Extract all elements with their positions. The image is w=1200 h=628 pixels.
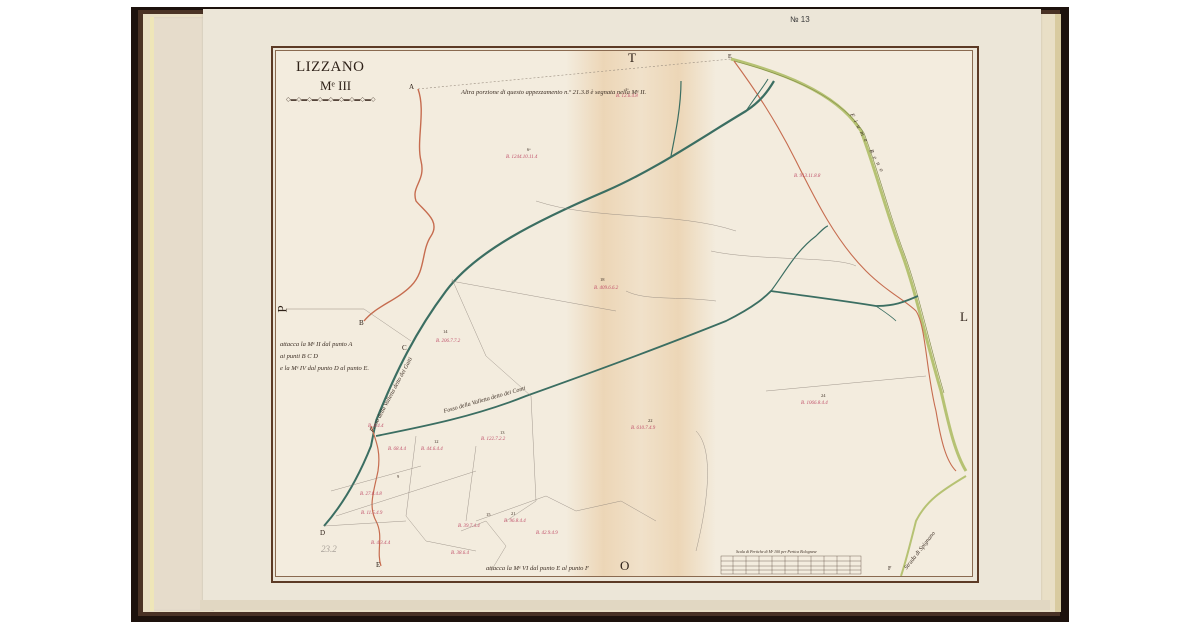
parcel-area: B. 206.7.7.2	[436, 339, 460, 344]
compass-label-left: P	[275, 305, 291, 312]
point-label-d: D	[320, 529, 325, 537]
point-label-f: F	[888, 566, 891, 572]
parcel-number: 15	[486, 512, 491, 517]
parcel-area: B. 42.9.4.9	[536, 531, 558, 536]
parcel-area: B. 96.8.4.4	[504, 519, 526, 524]
parcel-area: B. 122.7.2.2	[481, 437, 505, 442]
parcel-number: 18	[600, 277, 605, 282]
parcel-number: 6ᵒ	[527, 147, 531, 152]
page-number: № 13	[790, 15, 810, 24]
parcel-area: B. 409.6.6.2	[594, 286, 618, 291]
parcel-number: 13	[500, 430, 505, 435]
compass-label-top: T	[628, 50, 636, 66]
parcel-area: B. 44.6.4.4	[421, 447, 443, 452]
parcel-number: 14	[443, 329, 448, 334]
parcel-number: 9	[397, 474, 399, 479]
note-left-line1: attacca la Mᵉ II dal punto A	[280, 341, 352, 348]
parcel-area: B. 4.4.4	[368, 424, 384, 429]
parcel-number: 24	[821, 393, 826, 398]
title-ornament: ◇▬◇▬◇▬◇▬◇▬◇▬◇▬◇▬◇	[286, 96, 376, 103]
parcel-area: B. 27.8.4.8	[360, 492, 382, 497]
pencil-mark: 23.2	[321, 544, 337, 554]
note-left-line2: ai punti B C D	[280, 353, 318, 360]
parcel-area: B. 38.6.4	[451, 551, 469, 556]
point-label-a: A	[409, 83, 414, 91]
parcel-number: 21	[511, 511, 516, 516]
note-left-line3: e la Mᵉ IV dal punto D al punto E.	[280, 365, 369, 372]
map-sheet-number: Mᵉ III	[320, 78, 351, 94]
map-canvas: LIZZANO Mᵉ III ◇▬◇▬◇▬◇▬◇▬◇▬◇▬◇▬◇ T L O P…	[275, 50, 973, 577]
parcel-area: B. 39.7.4.4	[458, 524, 480, 529]
point-label-e: E	[376, 561, 380, 569]
note-bottom: attacca la Mᵉ VI dal punto E al punto F	[486, 565, 589, 572]
parcel-number: 12	[434, 439, 439, 444]
compass-label-bottom: O	[620, 558, 629, 574]
parcel-area: B. 12.6.4.8	[616, 94, 638, 99]
parcel-area: B. 1244.10.11.4	[506, 155, 537, 160]
sheet-bottom-edge	[200, 600, 1050, 610]
parcel-number: 22	[648, 418, 653, 423]
parcel-area: B. 610.7.4.9	[631, 426, 655, 431]
point-label-c: C	[402, 344, 407, 352]
point-label-b: B	[359, 319, 364, 327]
parcel-area: B. 4.3.4.4	[371, 541, 390, 546]
parcel-number: 1ᵒ	[625, 87, 629, 92]
point-label-e-top: E	[728, 54, 732, 60]
parcel-area: B. 68.4.4	[388, 447, 406, 452]
parcel-area: B. 913.11.8.8	[794, 174, 820, 179]
parcel-area: B. 1066.8.4.4	[801, 401, 828, 406]
map-drawing	[276, 51, 972, 576]
compass-label-right: L	[960, 309, 968, 325]
map-title: LIZZANO	[296, 59, 364, 76]
scale-title: Scala di Pertiche di Mᵉ 100 per Pertica …	[736, 549, 817, 554]
parcel-area: B. 11.5.4.9	[361, 511, 382, 516]
